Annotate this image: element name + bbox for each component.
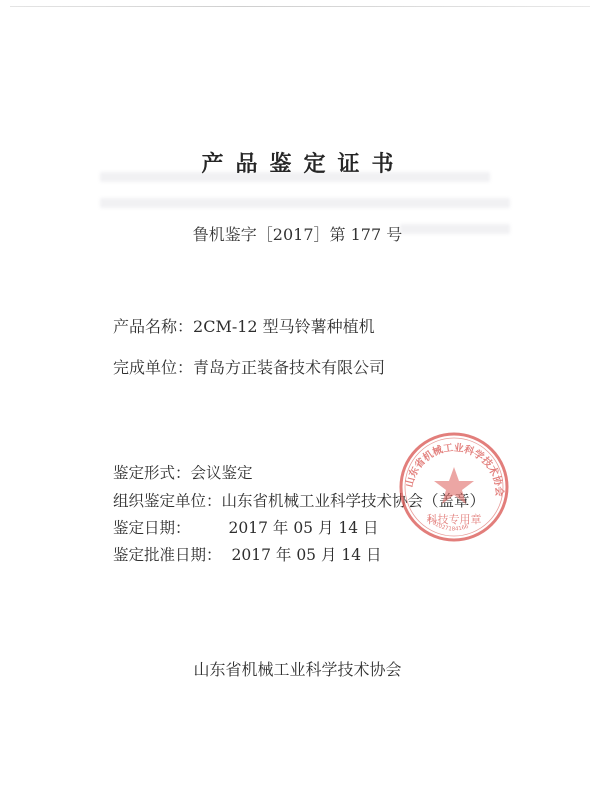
certificate-number: 鲁机鉴字［2017］第 177 号 bbox=[0, 222, 595, 245]
field-product-name: 产品名称：2CM-12 型马铃薯种植机 bbox=[113, 314, 375, 337]
issuer-name: 山东省机械工业科学技术协会 bbox=[0, 657, 595, 680]
field-label: 完成单位： bbox=[113, 358, 193, 377]
field-approval-date: 鉴定批准日期：2017 年 05 月 14 日 bbox=[113, 543, 382, 565]
field-completing-unit: 完成单位：青岛方正装备技术有限公司 bbox=[113, 355, 385, 378]
field-value: 青岛方正装备技术有限公司 bbox=[193, 358, 385, 377]
page-top-edge bbox=[10, 6, 590, 7]
show-through-text bbox=[100, 198, 510, 208]
field-value: 2CM-12 型马铃薯种植机 bbox=[193, 317, 375, 336]
field-label: 组织鉴定单位： bbox=[113, 492, 222, 510]
field-label: 鉴定日期： bbox=[113, 519, 191, 537]
official-seal-icon: 山东省机械工业科学技术协会 科技专用章 3701027184166 bbox=[398, 431, 510, 543]
field-value: 2017 年 05 月 14 日 bbox=[232, 546, 382, 564]
field-label: 鉴定形式： bbox=[113, 464, 191, 482]
field-label: 产品名称： bbox=[113, 317, 193, 336]
field-appraisal-date: 鉴定日期：2017 年 05 月 14 日 bbox=[113, 516, 379, 538]
document-title: 产品鉴定证书 bbox=[0, 147, 595, 178]
field-appraisal-form: 鉴定形式：会议鉴定 bbox=[113, 461, 253, 483]
field-label: 鉴定批准日期： bbox=[113, 546, 222, 564]
field-value: 会议鉴定 bbox=[191, 464, 253, 482]
field-value: 2017 年 05 月 14 日 bbox=[229, 519, 379, 537]
